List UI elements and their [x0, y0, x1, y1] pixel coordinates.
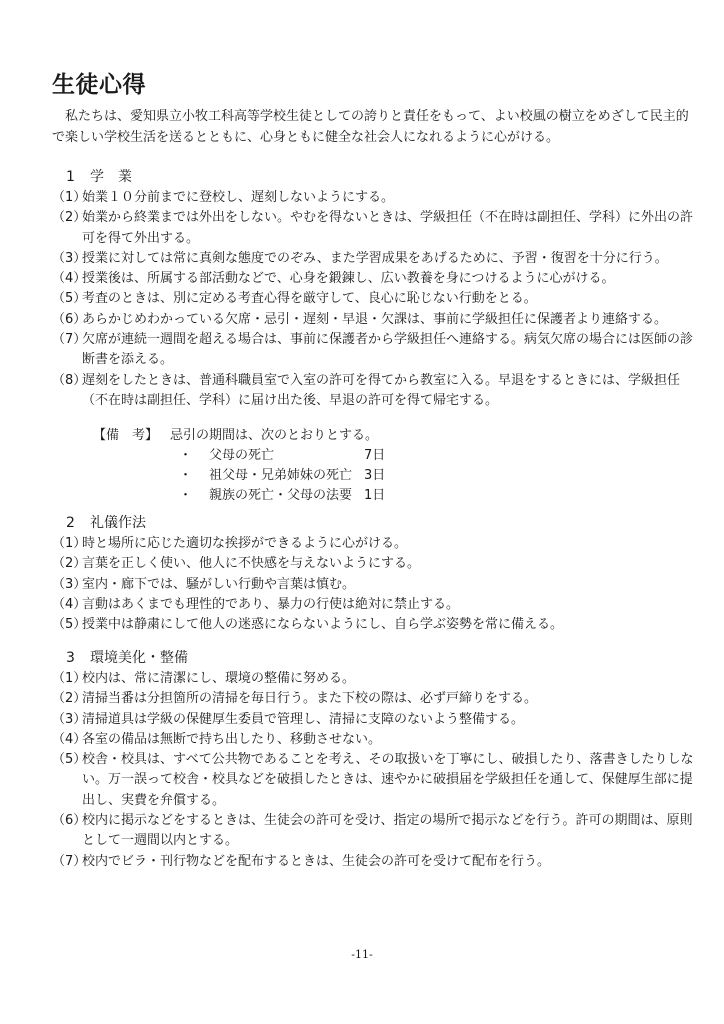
bullet: ・ [179, 446, 209, 466]
list-item: （6）校内に掲示などをするときは、生徒会の許可を受け、指定の場所で掲示などを行う… [52, 811, 702, 852]
remarks-block: 【備 考】 忌引の期間は、次のとおりとする。 ・父母の死亡7日 ・祖父母・兄弟姉… [93, 426, 493, 506]
section-number: 3 [66, 648, 90, 668]
item-marker: （3） [52, 249, 86, 269]
item-marker: （4） [52, 730, 86, 750]
list-item: （2）清掃当番は分担箇所の清掃を毎日行う。また下校の際は、必ず戸締りをする。 [52, 689, 702, 709]
list-item: （7）欠席が連続一週間を超える場合は、事前に保護者から学級担任へ連絡する。病気欠… [52, 330, 702, 371]
list-item: （2）言葉を正しく使い、他人に不快感を与えないようにする。 [52, 554, 702, 574]
item-text: 清掃当番は分担箇所の清掃を毎日行う。また下校の際は、必ず戸締りをする。 [82, 691, 537, 706]
list-item: （3）授業に対しては常に真剣な態度でのぞみ、また学習成果をあげるために、予習・復… [52, 249, 702, 269]
item-marker: （2） [52, 554, 86, 574]
list-item: （5）校舎・校具は、すべて公共物であることを考え、その取扱いを丁寧にし、破損した… [52, 750, 702, 811]
item-text: 授業に対しては常に真剣な態度でのぞみ、また学習成果をあげるために、予習・復習を十… [82, 251, 668, 266]
item-text: 始業１０分前までに登校し、遅刻しないようにする。 [82, 190, 394, 205]
section-title: 学 業 [90, 169, 132, 185]
remarks-row: ・親族の死亡・父母の法要1日 [93, 486, 493, 506]
item-marker: （1） [52, 534, 86, 554]
remarks-item: 親族の死亡・父母の法要 [209, 486, 364, 506]
item-marker: （1） [52, 669, 86, 689]
section-number: 2 [66, 513, 90, 533]
list-item: （4）各室の備品は無断で持ち出したり、移動させない。 [52, 730, 702, 750]
item-marker: （6） [52, 310, 86, 330]
remarks-days: 1日 [364, 486, 404, 506]
section-title: 礼儀作法 [90, 515, 146, 531]
remarks-days: 3日 [364, 466, 404, 486]
section-heading: 2礼儀作法 [52, 513, 702, 533]
remarks-item: 祖父母・兄弟姉妹の死亡 [209, 466, 364, 486]
list-item: （1）始業１０分前までに登校し、遅刻しないようにする。 [52, 188, 702, 208]
page-number: -11- [0, 948, 724, 961]
list-item: （1）時と場所に応じた適切な挨拶ができるように心がける。 [52, 534, 702, 554]
item-marker: （1） [52, 188, 86, 208]
remarks-row: ・父母の死亡7日 [93, 446, 493, 466]
item-marker: （5） [52, 615, 86, 635]
item-text: 授業後は、所属する部活動などで、心身を鍛錬し、広い教養を身につけるように心がける… [82, 271, 614, 286]
item-marker: （7） [52, 852, 86, 872]
item-marker: （3） [52, 575, 86, 595]
remarks-days: 7日 [364, 446, 404, 466]
intro-paragraph: 私たちは、愛知県立小牧工科高等学校生徒としての誇りと責任をもって、よい校風の樹立… [52, 106, 692, 148]
item-marker: （5） [52, 750, 86, 770]
section-academics: 1学 業 （1）始業１０分前までに登校し、遅刻しないようにする。 （2）始業から… [52, 167, 702, 411]
item-text: 始業から終業までは外出をしない。やむを得ないときは、学級担任（不在時は副担任、学… [82, 210, 693, 245]
remarks-text: 忌引の期間は、次のとおりとする。 [170, 426, 378, 446]
section-heading: 3環境美化・整備 [52, 648, 702, 668]
item-text: 授業中は静粛にして他人の迷惑にならないようにし、自ら学ぶ姿勢を常に備える。 [82, 617, 563, 632]
item-text: 清掃道具は学級の保健厚生委員で管理し、清掃に支障のないよう整備する。 [82, 712, 524, 727]
item-text: 室内・廊下では、騒がしい行動や言葉は慎む。 [82, 577, 355, 592]
list-item: （3）清掃道具は学級の保健厚生委員で管理し、清掃に支障のないよう整備する。 [52, 710, 702, 730]
item-marker: （3） [52, 710, 86, 730]
item-marker: （6） [52, 811, 86, 831]
section-etiquette: 2礼儀作法 （1）時と場所に応じた適切な挨拶ができるように心がける。 （2）言葉… [52, 513, 702, 635]
section-heading: 1学 業 [52, 167, 702, 187]
remarks-header: 【備 考】 忌引の期間は、次のとおりとする。 [93, 426, 493, 446]
bullet: ・ [179, 466, 209, 486]
item-marker: （4） [52, 595, 86, 615]
list-item: （4）授業後は、所属する部活動などで、心身を鍛錬し、広い教養を身につけるように心… [52, 269, 702, 289]
section-number: 1 [66, 167, 90, 187]
item-text: 各室の備品は無断で持ち出したり、移動させない。 [82, 732, 381, 747]
item-text: 校舎・校具は、すべて公共物であることを考え、その取扱いを丁寧にし、破損したり、落… [82, 752, 694, 808]
document-page: 生徒心得 私たちは、愛知県立小牧工科高等学校生徒としての誇りと責任をもって、よい… [0, 0, 724, 1024]
remarks-item: 父母の死亡 [209, 446, 364, 466]
item-marker: （8） [52, 371, 86, 391]
remarks-label: 【備 考】 [93, 426, 170, 446]
item-text: 考査のときは、別に定める考査心得を厳守して、良心に恥じない行動をとる。 [82, 291, 537, 306]
item-marker: （4） [52, 269, 86, 289]
section-title: 環境美化・整備 [90, 650, 188, 666]
page-title: 生徒心得 [52, 70, 146, 100]
item-text: 言葉を正しく使い、他人に不快感を与えないようにする。 [82, 556, 420, 571]
list-item: （3）室内・廊下では、騒がしい行動や言葉は慎む。 [52, 575, 702, 595]
item-text: 時と場所に応じた適切な挨拶ができるように心がける。 [82, 536, 407, 551]
list-item: （5）授業中は静粛にして他人の迷惑にならないようにし、自ら学ぶ姿勢を常に備える。 [52, 615, 702, 635]
item-text: 言動はあくまでも理性的であり、暴力の行使は絶対に禁止する。 [82, 597, 459, 612]
list-item: （5）考査のときは、別に定める考査心得を厳守して、良心に恥じない行動をとる。 [52, 289, 702, 309]
item-text: 校内に掲示などをするときは、生徒会の許可を受け、指定の場所で掲示などを行う。許可… [82, 813, 692, 848]
item-marker: （2） [52, 689, 86, 709]
item-text: あらかじめわかっている欠席・忌引・遅刻・早退・欠課は、事前に学級担任に保護者より… [82, 312, 667, 327]
item-marker: （2） [52, 208, 86, 228]
item-text: 欠席が連続一週間を超える場合は、事前に保護者から学級担任へ連絡する。病気欠席の場… [82, 332, 693, 367]
item-text: 遅刻をしたときは、普通科職員室で入室の許可を得てから教室に入る。早退をするときに… [82, 373, 680, 408]
list-item: （7）校内でビラ・刊行物などを配布するときは、生徒会の許可を受けて配布を行う。 [52, 852, 702, 872]
bullet: ・ [179, 486, 209, 506]
item-marker: （5） [52, 289, 86, 309]
item-text: 校内でビラ・刊行物などを配布するときは、生徒会の許可を受けて配布を行う。 [82, 854, 550, 869]
section-environment: 3環境美化・整備 （1）校内は、常に清潔にし、環境の整備に努める。 （2）清掃当… [52, 648, 702, 872]
remarks-row: ・祖父母・兄弟姉妹の死亡3日 [93, 466, 493, 486]
list-item: （1）校内は、常に清潔にし、環境の整備に努める。 [52, 669, 702, 689]
item-marker: （7） [52, 330, 86, 350]
item-text: 校内は、常に清潔にし、環境の整備に努める。 [82, 671, 355, 686]
list-item: （2）始業から終業までは外出をしない。やむを得ないときは、学級担任（不在時は副担… [52, 208, 702, 249]
list-item: （4）言動はあくまでも理性的であり、暴力の行使は絶対に禁止する。 [52, 595, 702, 615]
list-item: （8）遅刻をしたときは、普通科職員室で入室の許可を得てから教室に入る。早退をする… [52, 371, 702, 412]
list-item: （6）あらかじめわかっている欠席・忌引・遅刻・早退・欠課は、事前に学級担任に保護… [52, 310, 702, 330]
